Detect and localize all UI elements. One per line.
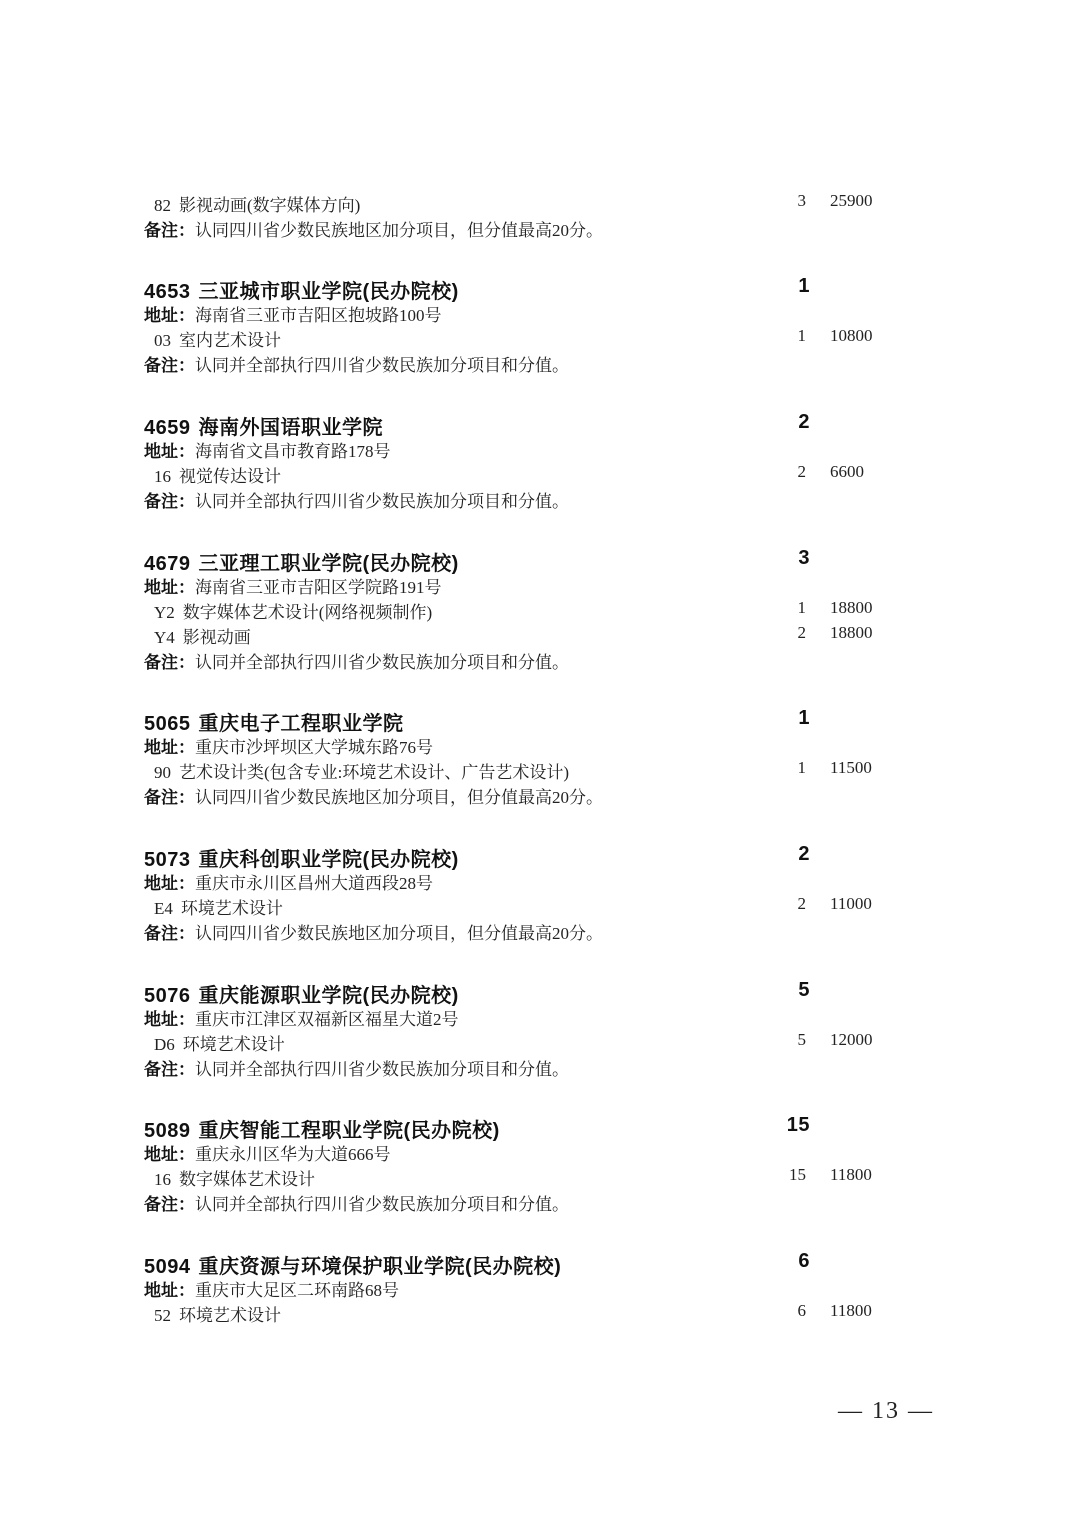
note-text: 认同四川省少数民族地区加分项目，但分值最高20分。 bbox=[195, 788, 603, 807]
major-quota: 5 bbox=[784, 1030, 806, 1050]
address-text: 海南省三亚市吉阳区学院路191号 bbox=[195, 578, 442, 597]
address-label: 地址： bbox=[144, 1281, 195, 1300]
note-row: 备注：认同并全部执行四川省少数民族加分项目和分值。 bbox=[144, 648, 904, 674]
address-row: 地址：重庆市江津区双福新区福星大道2号 bbox=[144, 1005, 904, 1031]
school-code: 5076 bbox=[144, 985, 191, 1007]
note-row: 备注：认同四川省少数民族地区加分项目，但分值最高20分。 bbox=[144, 919, 904, 945]
address-text: 海南省文昌市教育路178号 bbox=[195, 442, 391, 461]
school-code: 4679 bbox=[144, 553, 191, 575]
school-quota: 2 bbox=[784, 411, 810, 434]
major-code: 52 bbox=[154, 1306, 171, 1325]
school-name: 三亚理工职业学院(民办院校) bbox=[199, 553, 459, 575]
note-row: 备注：认同并全部执行四川省少数民族加分项目和分值。 bbox=[144, 1190, 904, 1216]
major-code: 16 bbox=[154, 467, 171, 486]
school-heading: 4679三亚理工职业学院(民办院校) 3 bbox=[144, 547, 904, 573]
major-fee: 11500 bbox=[830, 758, 872, 778]
major-code: 82 bbox=[154, 196, 171, 215]
school-quota: 1 bbox=[784, 707, 810, 730]
address-text: 重庆市沙坪坝区大学城东路76号 bbox=[195, 738, 433, 757]
note-label: 备注： bbox=[144, 653, 195, 672]
major-fee: 11800 bbox=[830, 1165, 872, 1185]
note-label: 备注： bbox=[144, 1060, 195, 1079]
major-name: 数字媒体艺术设计(网络视频制作) bbox=[183, 603, 432, 622]
school-name: 重庆电子工程职业学院 bbox=[199, 713, 404, 735]
major-fee: 12000 bbox=[830, 1030, 873, 1050]
major-row: D6环境艺术设计 5 12000 bbox=[144, 1030, 914, 1056]
major-fee: 11000 bbox=[830, 894, 872, 914]
major-quota: 1 bbox=[784, 598, 806, 618]
note-text: 认同并全部执行四川省少数民族加分项目和分值。 bbox=[195, 492, 569, 511]
address-label: 地址： bbox=[144, 578, 195, 597]
major-row: 16视觉传达设计 2 6600 bbox=[144, 462, 914, 488]
school-name: 重庆智能工程职业学院(民办院校) bbox=[199, 1120, 500, 1142]
school-quota: 15 bbox=[784, 1114, 810, 1137]
address-label: 地址： bbox=[144, 738, 195, 757]
major-row: Y4影视动画 2 18800 bbox=[144, 623, 914, 649]
note-text: 认同并全部执行四川省少数民族加分项目和分值。 bbox=[195, 653, 569, 672]
school-heading: 4659海南外国语职业学院 2 bbox=[144, 411, 904, 437]
major-code: 03 bbox=[154, 331, 171, 350]
major-quota: 2 bbox=[784, 894, 806, 914]
school-quota: 1 bbox=[784, 275, 810, 298]
address-text: 海南省三亚市吉阳区抱坡路100号 bbox=[195, 306, 442, 325]
address-text: 重庆市大足区二环南路68号 bbox=[195, 1281, 399, 1300]
major-name: 数字媒体艺术设计 bbox=[179, 1170, 315, 1189]
page-number: — 13 — bbox=[838, 1398, 934, 1425]
document-page: 82影视动画(数字媒体方向) 3 25900 备注：认同四川省少数民族地区加分项… bbox=[0, 0, 1080, 1527]
note-text: 认同四川省少数民族地区加分项目，但分值最高20分。 bbox=[195, 221, 603, 240]
major-quota: 3 bbox=[784, 191, 806, 211]
address-text: 重庆市江津区双福新区福星大道2号 bbox=[195, 1010, 459, 1029]
major-code: Y2 bbox=[154, 603, 175, 622]
note-row: 备注：认同并全部执行四川省少数民族加分项目和分值。 bbox=[144, 351, 904, 377]
school-code: 5089 bbox=[144, 1120, 191, 1142]
address-row: 地址：重庆市沙坪坝区大学城东路76号 bbox=[144, 733, 904, 759]
address-row: 地址：海南省文昌市教育路178号 bbox=[144, 437, 904, 463]
major-row: 52环境艺术设计 6 11800 bbox=[144, 1301, 914, 1327]
major-name: 环境艺术设计 bbox=[181, 899, 283, 918]
address-label: 地址： bbox=[144, 306, 195, 325]
school-name: 三亚城市职业学院(民办院校) bbox=[199, 281, 459, 303]
major-name: 视觉传达设计 bbox=[179, 467, 281, 486]
school-heading: 5089重庆智能工程职业学院(民办院校) 15 bbox=[144, 1114, 904, 1140]
major-row: Y2数字媒体艺术设计(网络视频制作) 1 18800 bbox=[144, 598, 914, 624]
major-fee: 11800 bbox=[830, 1301, 872, 1321]
address-row: 地址：重庆市永川区昌州大道西段28号 bbox=[144, 869, 904, 895]
major-code: 16 bbox=[154, 1170, 171, 1189]
school-name: 重庆科创职业学院(民办院校) bbox=[199, 849, 459, 871]
major-name: 环境艺术设计 bbox=[179, 1306, 281, 1325]
major-code: 90 bbox=[154, 763, 171, 782]
note-row: 备注：认同四川省少数民族地区加分项目，但分值最高20分。 bbox=[144, 783, 904, 809]
school-code: 5094 bbox=[144, 1256, 191, 1278]
note-text: 认同四川省少数民族地区加分项目，但分值最高20分。 bbox=[195, 924, 603, 943]
address-text: 重庆永川区华为大道666号 bbox=[195, 1145, 391, 1164]
school-heading: 5094重庆资源与环境保护职业学院(民办院校) 6 bbox=[144, 1250, 904, 1276]
note-row: 备注：认同四川省少数民族地区加分项目，但分值最高20分。 bbox=[144, 216, 904, 242]
major-quota: 15 bbox=[784, 1165, 806, 1185]
school-heading: 5076重庆能源职业学院(民办院校) 5 bbox=[144, 979, 904, 1005]
major-fee: 18800 bbox=[830, 623, 873, 643]
address-label: 地址： bbox=[144, 442, 195, 461]
address-label: 地址： bbox=[144, 874, 195, 893]
school-heading: 4653三亚城市职业学院(民办院校) 1 bbox=[144, 275, 904, 301]
major-row: 03室内艺术设计 1 10800 bbox=[144, 326, 914, 352]
note-label: 备注： bbox=[144, 492, 195, 511]
major-name: 室内艺术设计 bbox=[179, 331, 281, 350]
school-name: 重庆资源与环境保护职业学院(民办院校) bbox=[199, 1256, 562, 1278]
address-row: 地址：重庆永川区华为大道666号 bbox=[144, 1140, 904, 1166]
major-fee: 18800 bbox=[830, 598, 873, 618]
school-quota: 5 bbox=[784, 979, 810, 1002]
note-text: 认同并全部执行四川省少数民族加分项目和分值。 bbox=[195, 1060, 569, 1079]
school-name: 海南外国语职业学院 bbox=[199, 417, 384, 439]
major-row: 16数字媒体艺术设计 15 11800 bbox=[144, 1165, 914, 1191]
school-code: 5073 bbox=[144, 849, 191, 871]
note-row: 备注：认同并全部执行四川省少数民族加分项目和分值。 bbox=[144, 487, 904, 513]
major-name: 艺术设计类(包含专业:环境艺术设计、广告艺术设计) bbox=[179, 763, 569, 782]
address-row: 地址：海南省三亚市吉阳区抱坡路100号 bbox=[144, 301, 904, 327]
school-quota: 2 bbox=[784, 843, 810, 866]
note-label: 备注： bbox=[144, 356, 195, 375]
major-quota: 1 bbox=[784, 326, 806, 346]
school-quota: 3 bbox=[784, 547, 810, 570]
major-quota: 6 bbox=[784, 1301, 806, 1321]
major-quota: 2 bbox=[784, 623, 806, 643]
school-code: 4653 bbox=[144, 281, 191, 303]
major-code: Y4 bbox=[154, 628, 175, 647]
note-label: 备注： bbox=[144, 221, 195, 240]
major-code: E4 bbox=[154, 899, 173, 918]
major-row: 82影视动画(数字媒体方向) 3 25900 bbox=[144, 191, 914, 217]
major-name: 影视动画(数字媒体方向) bbox=[179, 196, 360, 215]
major-row: E4环境艺术设计 2 11000 bbox=[144, 894, 914, 920]
note-text: 认同并全部执行四川省少数民族加分项目和分值。 bbox=[195, 1195, 569, 1214]
school-code: 5065 bbox=[144, 713, 191, 735]
address-text: 重庆市永川区昌州大道西段28号 bbox=[195, 874, 433, 893]
school-name: 重庆能源职业学院(民办院校) bbox=[199, 985, 459, 1007]
note-row: 备注：认同并全部执行四川省少数民族加分项目和分值。 bbox=[144, 1055, 904, 1081]
address-row: 地址：海南省三亚市吉阳区学院路191号 bbox=[144, 573, 904, 599]
note-label: 备注： bbox=[144, 788, 195, 807]
school-heading: 5073重庆科创职业学院(民办院校) 2 bbox=[144, 843, 904, 869]
school-code: 4659 bbox=[144, 417, 191, 439]
note-text: 认同并全部执行四川省少数民族加分项目和分值。 bbox=[195, 356, 569, 375]
major-name: 影视动画 bbox=[183, 628, 251, 647]
major-quota: 1 bbox=[784, 758, 806, 778]
major-row: 90艺术设计类(包含专业:环境艺术设计、广告艺术设计) 1 11500 bbox=[144, 758, 914, 784]
major-quota: 2 bbox=[784, 462, 806, 482]
major-fee: 10800 bbox=[830, 326, 873, 346]
address-label: 地址： bbox=[144, 1145, 195, 1164]
address-row: 地址：重庆市大足区二环南路68号 bbox=[144, 1276, 904, 1302]
school-quota: 6 bbox=[784, 1250, 810, 1273]
major-fee: 6600 bbox=[830, 462, 864, 482]
major-code: D6 bbox=[154, 1035, 175, 1054]
note-label: 备注： bbox=[144, 1195, 195, 1214]
major-name: 环境艺术设计 bbox=[183, 1035, 285, 1054]
school-heading: 5065重庆电子工程职业学院 1 bbox=[144, 707, 904, 733]
major-fee: 25900 bbox=[830, 191, 873, 211]
address-label: 地址： bbox=[144, 1010, 195, 1029]
note-label: 备注： bbox=[144, 924, 195, 943]
